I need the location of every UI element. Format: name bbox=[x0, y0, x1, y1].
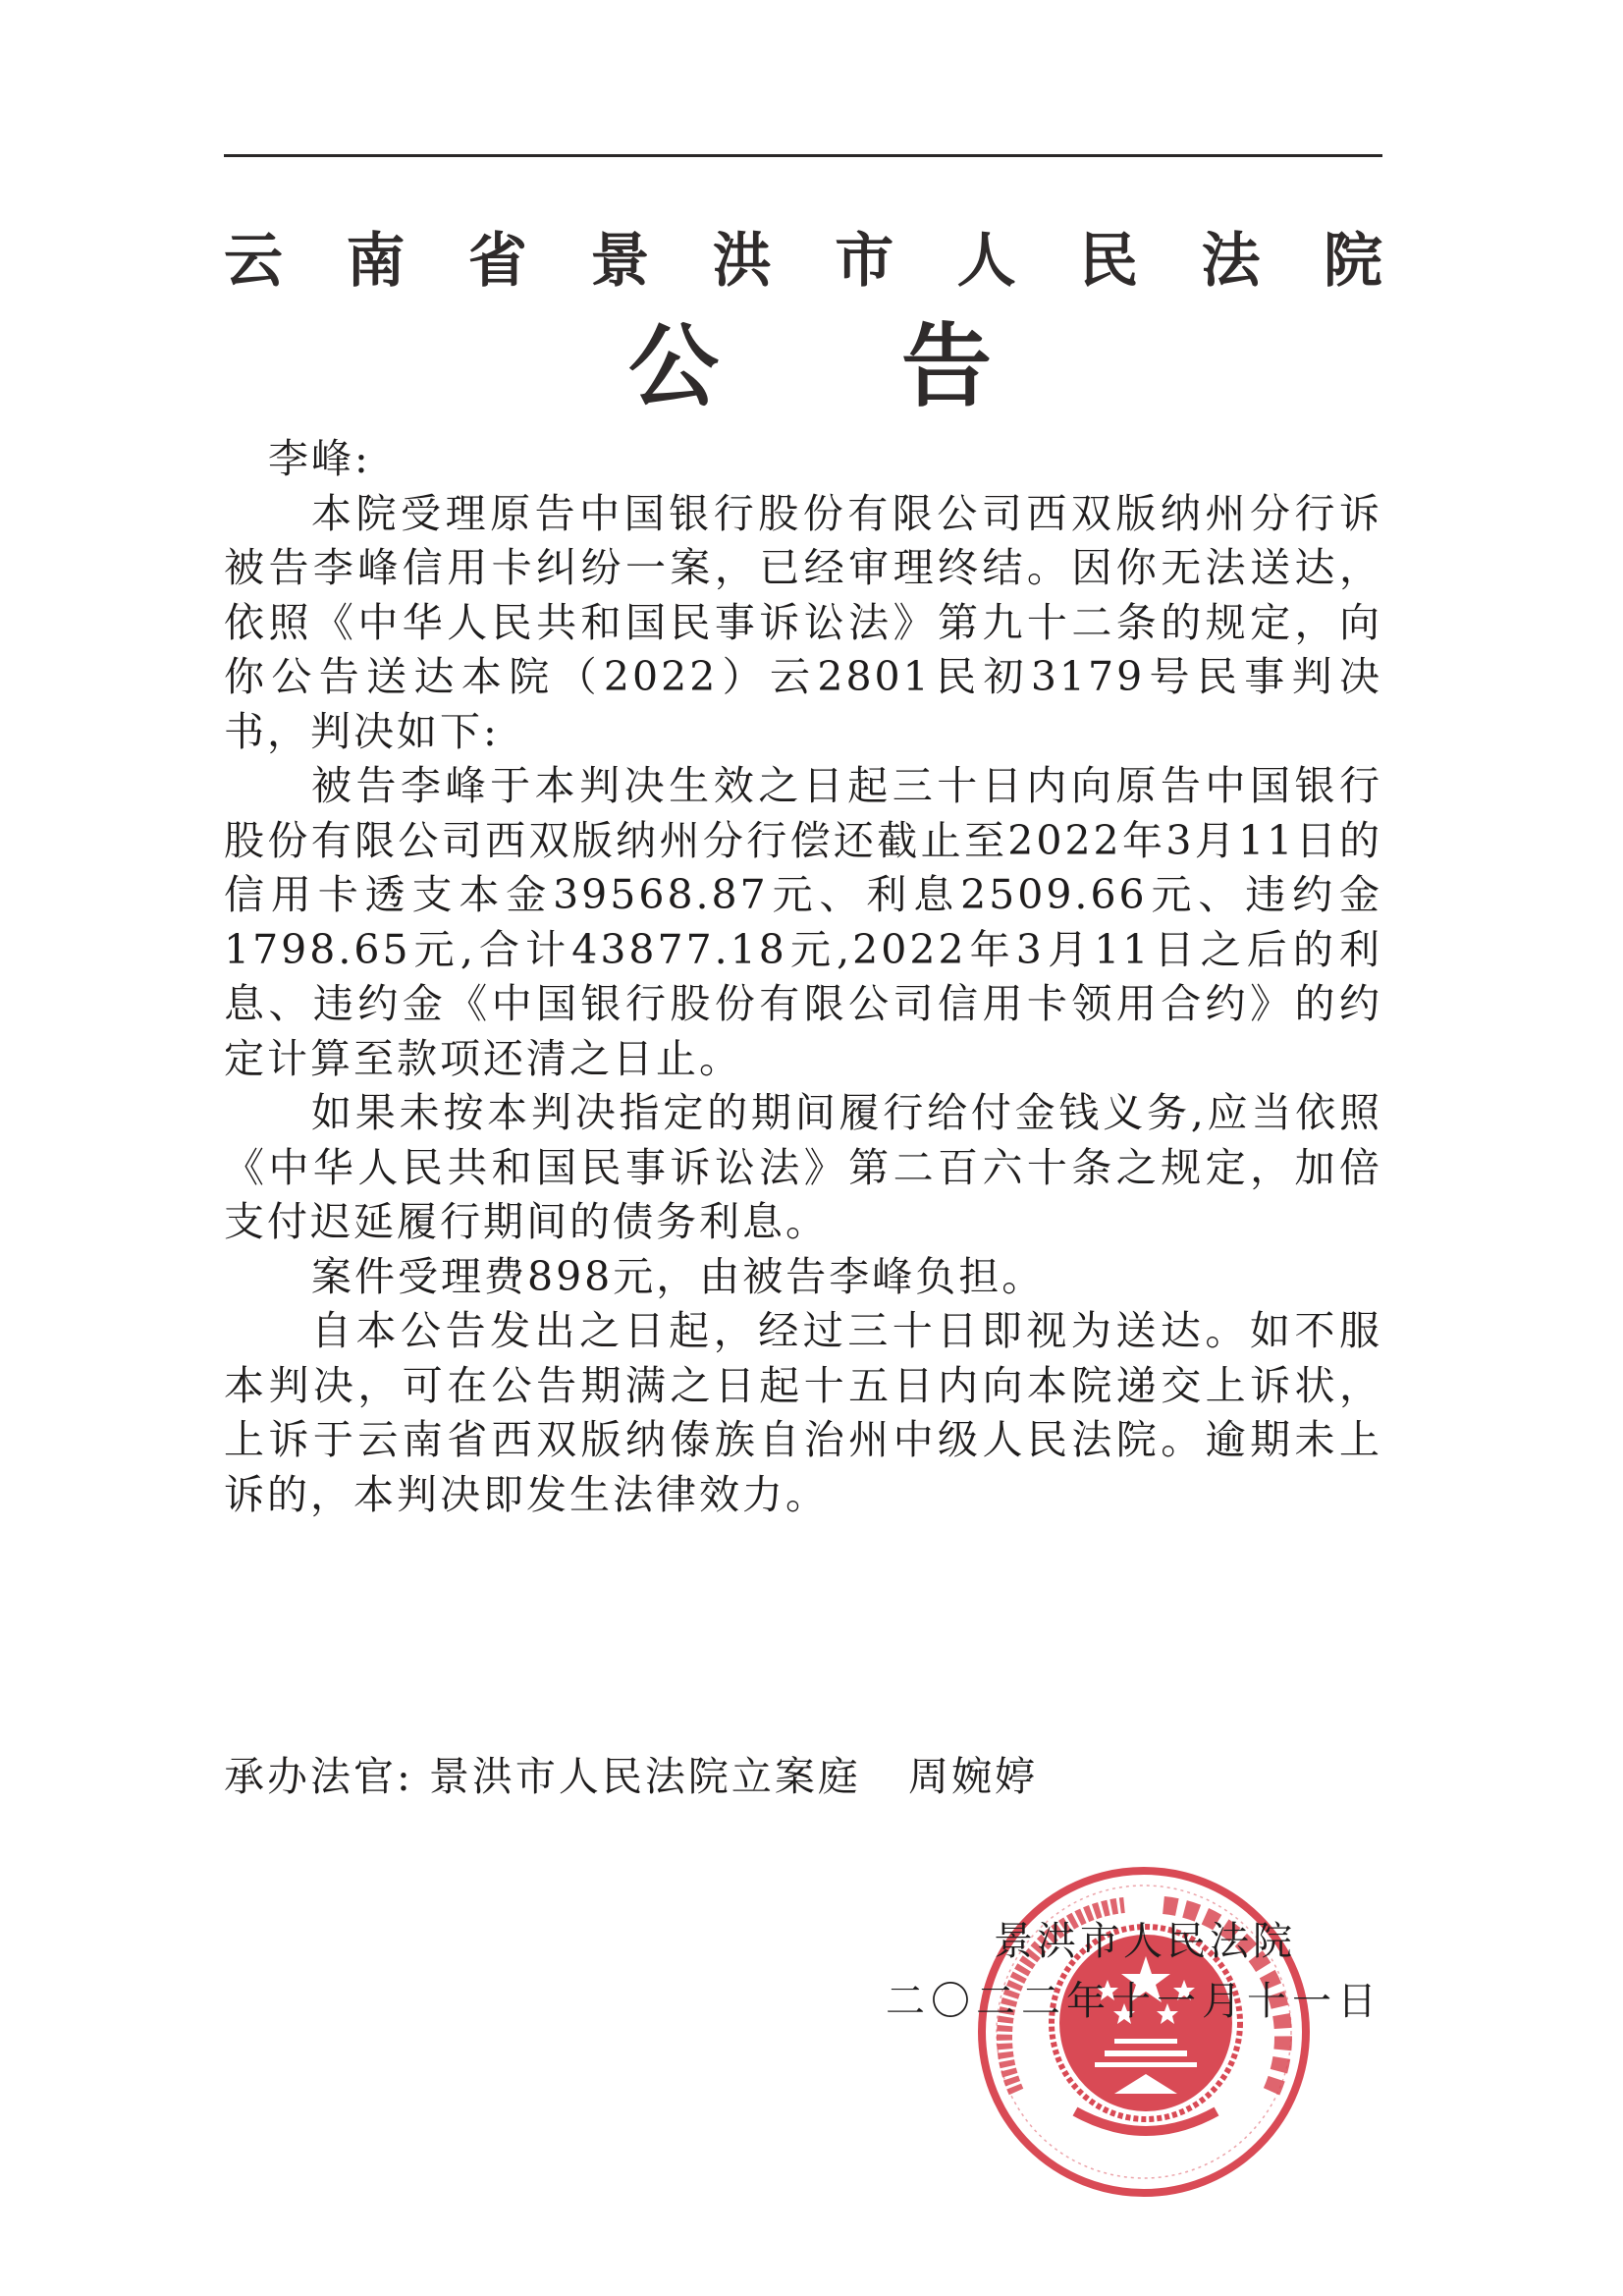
judge-label: 承办法官: bbox=[224, 1753, 413, 1800]
court-seal-icon bbox=[977, 1866, 1311, 2198]
court-title-char: 院 bbox=[1324, 222, 1382, 301]
salutation: 李峰: bbox=[224, 432, 1382, 487]
judge-department: 景洪市人民法院立案庭 bbox=[429, 1753, 861, 1800]
court-title-char: 南 bbox=[346, 222, 405, 301]
court-title-char: 洪 bbox=[713, 222, 772, 301]
paragraph-court-fee: 案件受理费898元，由被告李峰负担。 bbox=[224, 1250, 1382, 1305]
court-title-char: 民 bbox=[1079, 222, 1138, 301]
court-title-char: 景 bbox=[590, 222, 649, 301]
court-title-char: 市 bbox=[835, 222, 893, 301]
document-title: 公 告 bbox=[628, 312, 992, 420]
signing-court: 景洪市人民法院 bbox=[994, 1917, 1296, 1966]
court-title-char: 省 bbox=[468, 222, 527, 301]
paragraph-late-performance: 如果未按本判决指定的期间履行给付金钱义务,应当依照《中华人民共和国民事诉讼法》第… bbox=[224, 1086, 1382, 1250]
presiding-judge-line: 承办法官: 景洪市人民法院立案庭 周婉婷 bbox=[224, 1750, 1038, 1804]
judge-name: 周婉婷 bbox=[908, 1753, 1038, 1800]
doc-title-char: 告 bbox=[901, 312, 992, 420]
court-title: 云 南 省 景 洪 市 人 民 法 院 bbox=[224, 222, 1382, 301]
signing-date: 二〇二二年十一月十一日 bbox=[886, 1977, 1382, 2026]
doc-title-char: 公 bbox=[628, 312, 719, 420]
court-title-char: 法 bbox=[1202, 222, 1261, 301]
court-title-char: 人 bbox=[957, 222, 1016, 301]
court-title-char: 云 bbox=[224, 222, 283, 301]
paragraph-judgment: 被告李峰于本判决生效之日起三十日内向原告中国银行股份有限公司西双版纳州分行偿还截… bbox=[224, 759, 1382, 1086]
paragraph-case-summary: 本院受理原告中国银行股份有限公司西双版纳州分行诉被告李峰信用卡纠纷一案，已经审理… bbox=[224, 487, 1382, 760]
paragraph-appeal: 自本公告发出之日起，经过三十日即视为送达。如不服本判决，可在公告期满之日起十五日… bbox=[224, 1304, 1382, 1522]
notice-body: 李峰: 本院受理原告中国银行股份有限公司西双版纳州分行诉被告李峰信用卡纠纷一案，… bbox=[224, 432, 1382, 1522]
header-rule bbox=[224, 154, 1382, 157]
